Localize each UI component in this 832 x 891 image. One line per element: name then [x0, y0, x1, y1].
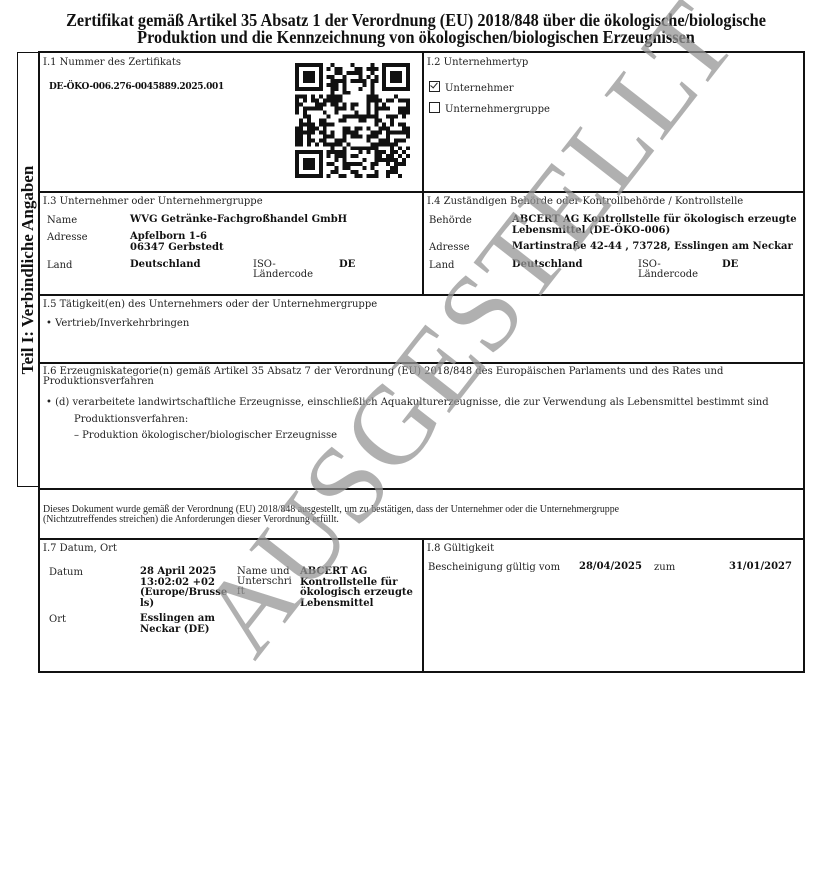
product-category: • (d) verarbeitete landwirtschaftliche E…	[46, 397, 769, 408]
conformity-statement: Dieses Dokument wurde gemäß der Verordnu…	[43, 505, 757, 525]
i7-heading: I.7 Datum, Ort	[43, 543, 117, 554]
i4-heading: I.4 Zuständigen Behörde oder Kontrollbeh…	[427, 196, 743, 207]
production-method-label: Produktionsverfahren:	[74, 414, 188, 425]
authority-name: ABCERT AG Kontrollstelle für ökologisch …	[512, 215, 797, 236]
i8-heading: I.8 Gültigkeit	[427, 543, 494, 554]
i4-country-label: Land	[429, 260, 454, 271]
signatory-line: ABCERT AG	[300, 567, 413, 578]
issue-date: 28 April 2025 13:02:02 +02 (Europe/Bruss…	[140, 567, 227, 609]
place-label: Ort	[49, 614, 66, 625]
i2-heading: I.2 Unternehmertyp	[427, 57, 528, 68]
option-unternehmergruppe[interactable]: Unternehmergruppe	[429, 102, 550, 115]
side-label: Teil I: Verbindliche Angaben	[18, 165, 38, 374]
i1-heading: I.1 Nummer des Zertifikats	[43, 57, 181, 68]
issue-place: Esslingen am Neckar (DE)	[140, 614, 215, 635]
signatory: ABCERT AG Kontrollstelle für ökologisch …	[300, 567, 413, 609]
column-divider-top	[422, 52, 424, 295]
i3-heading: I.3 Unternehmer oder Unternehmergruppe	[43, 196, 263, 207]
operator-address: Apfelborn 1-6 06347 Gerbstedt	[130, 232, 224, 253]
place-line: Esslingen am	[140, 614, 215, 625]
valid-from-label: Bescheinigung gültig vom	[428, 562, 560, 573]
authority-iso-code: DE	[722, 260, 738, 271]
i4-authority-label: Behörde	[429, 215, 472, 226]
certificate-number: DE-ÖKO-006.276-0045889.2025.001	[49, 82, 224, 93]
valid-to-label: zum	[654, 562, 675, 573]
row-divider-3	[38, 362, 805, 364]
column-divider-bottom	[422, 539, 424, 672]
production-method: – Produktion ökologischer/biologischer E…	[74, 430, 337, 441]
i4-address-label: Adresse	[429, 242, 470, 253]
i6-heading-line-2: Produktionsverfahren	[43, 377, 723, 387]
date-line: 28 April 2025	[140, 567, 227, 578]
address-line-2: 06347 Gerbstedt	[130, 243, 224, 254]
option-label: Unternehmer	[445, 83, 514, 94]
authority-address: Martinstraße 42-44 , 73728, Esslingen am…	[512, 242, 793, 253]
iso-label-line-2: Ländercode	[638, 270, 698, 280]
signature-label-line: Unterschri	[237, 577, 292, 587]
qr-code-icon	[295, 63, 410, 178]
valid-to-date: 31/01/2027	[729, 562, 792, 573]
i6-heading: I.6 Erzeugniskategorie(n) gemäß Artikel …	[43, 367, 723, 387]
statement-line-2: (Nichtzutreffendes streichen) die Anford…	[43, 515, 757, 525]
signature-label: Name und Unterschri ft	[237, 567, 292, 597]
i5-heading: I.5 Tätigkeit(en) des Unternehmers oder …	[43, 299, 377, 310]
i3-country-label: Land	[47, 260, 72, 271]
authority-country: Deutschland	[512, 260, 582, 271]
address-line-1: Apfelborn 1-6	[130, 232, 224, 243]
title-line-2: Produktion und die Kennzeichnung von öko…	[29, 29, 803, 46]
date-label: Datum	[49, 567, 83, 578]
date-line: (Europe/Brusse	[140, 588, 227, 599]
iso-label-line-2: Ländercode	[253, 270, 313, 280]
i3-address-label: Adresse	[47, 232, 88, 243]
authority-line-2: Lebensmittel (DE-ÖKO-006)	[512, 226, 797, 237]
i3-iso-label: ISO- Ländercode	[253, 260, 313, 280]
operator-name: WVG Getränke-Fachgroßhandel GmbH	[130, 215, 347, 226]
i4-iso-label: ISO- Ländercode	[638, 260, 698, 280]
authority-line-1: ABCERT AG Kontrollstelle für ökologisch …	[512, 215, 797, 226]
signatory-line: ökologisch erzeugte	[300, 588, 413, 599]
checkbox-checked-icon[interactable]	[429, 81, 440, 92]
operator-iso-code: DE	[339, 260, 355, 271]
valid-from-date: 28/04/2025	[579, 562, 642, 573]
i3-name-label: Name	[47, 215, 77, 226]
activity-item: • Vertrieb/Inverkehrbringen	[46, 318, 189, 329]
signatory-line: Lebensmittel	[300, 599, 413, 610]
signature-label-line: ft	[237, 587, 292, 597]
option-unternehmer[interactable]: Unternehmer	[429, 81, 514, 94]
operator-country: Deutschland	[130, 260, 200, 271]
side-label-box: Teil I: Verbindliche Angaben	[17, 52, 38, 487]
checkbox-unchecked-icon[interactable]	[429, 102, 440, 113]
date-line: ls)	[140, 599, 227, 610]
document-title: Zertifikat gemäß Artikel 35 Absatz 1 der…	[29, 12, 803, 46]
row-divider-4	[38, 488, 805, 490]
place-line: Neckar (DE)	[140, 625, 215, 636]
option-label: Unternehmergruppe	[445, 104, 550, 115]
